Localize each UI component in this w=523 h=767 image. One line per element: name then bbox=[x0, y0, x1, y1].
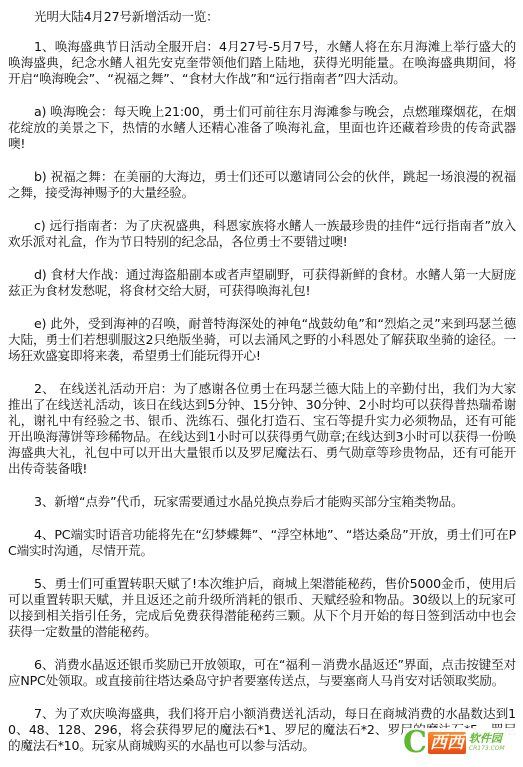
paragraph-event-1c: c) 远行指南者：为了庆祝盛典，科恩家族将水鳍人一族最珍贵的挂件“远行指南者”放… bbox=[8, 218, 516, 250]
watermark-logo: C 西西 软件园 CR173.COM bbox=[403, 728, 521, 758]
paragraph-event-2: 2、 在线送礼活动开启：为了感谢各位勇士在玛瑟兰德大陆上的辛勤付出，我们为大家推… bbox=[8, 381, 516, 477]
watermark-brand: 西西 bbox=[428, 732, 466, 754]
paragraph-event-1a: a) 唤海晚会：每天晚上21:00，勇士们可前往东月海滩参与晚会，点燃璀璨烟花，… bbox=[8, 104, 516, 152]
watermark-suffix: 软件园 bbox=[469, 733, 505, 745]
leaf-c-logo-icon: C bbox=[403, 728, 427, 758]
watermark-url: CR173.COM bbox=[469, 745, 505, 753]
watermark-text: 软件园 CR173.COM bbox=[469, 733, 505, 753]
paragraph-event-1d: d) 食材大作战：通过海盗船副本或者声望刷野，可获得新鲜的食材。水鳍人第一大厨庞… bbox=[8, 267, 516, 299]
article-title: 光明大陆4月27号新增活动一览： bbox=[8, 9, 516, 25]
paragraph-event-3: 3、新增“点券”代币，玩家需要通过水晶兑换点券后才能购买部分宝箱类物品。 bbox=[8, 494, 516, 510]
article: 光明大陆4月27号新增活动一览： 1、唤海盛典节日活动全服开启：4月27号-5月… bbox=[8, 9, 516, 767]
paragraph-event-1b: b) 祝福之舞：在美丽的大海边，勇士们还可以邀请同公会的伙伴，跳起一场浪漫的祝福… bbox=[8, 169, 516, 201]
paragraph-event-1e: e) 此外，受到海神的召唤，耐普特海深处的神龟“战鼓幼龟”和“烈焰之灵”来到玛瑟… bbox=[8, 316, 516, 364]
paragraph-event-4: 4、PC端实时语音功能将先在“幻梦蝶舞”、“浮空林地”、“塔达桑岛”开放，勇士们… bbox=[8, 527, 516, 559]
paragraph-event-1: 1、唤海盛典节日活动全服开启：4月27号-5月7号，水鳍人将在东月海滩上举行盛大… bbox=[8, 39, 516, 87]
paragraph-event-6: 6、消费水晶返还银币奖励已开放领取，可在“福利－消费水晶返还”界面，点击按键至对… bbox=[8, 657, 516, 689]
paragraph-event-5: 5、勇士们可重置转职天赋了!本次维护后，商城上架潜能秘药，售价5000金币，使用… bbox=[8, 576, 516, 640]
